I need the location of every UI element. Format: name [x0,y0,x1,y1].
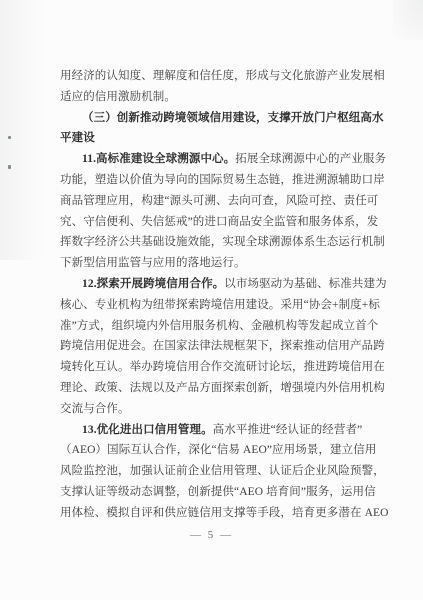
text-segment: 高水平推进“经认证的经营者” [213,424,363,436]
text-line: 风险监控池，加强认证前企业信用管理、认证后企业风险预警， [60,461,386,482]
bold-text-segment: （三）创新推动跨境领域信用建设，支撑开放门户枢纽高水 [82,112,384,124]
text-segment: 理论、政策、法规以及产品方面探索创新，增强境内外信用机构 [60,382,385,394]
text-line: 13.优化进出口信用管理。高水平推进“经认证的经营者” [60,420,386,441]
text-line: 功能，塑造以价值为导向的国际贸易生态链，推进溯源辅助口岸 [60,170,386,191]
text-line: 准”方式，组织境内外信用服务机构、金融机构等发起成立首个 [60,316,386,337]
text-segment: 跨境信用促进会。在国家法律法规框架下，探索推动信用产品跨 [60,340,385,352]
text-line: 理论、政策、法规以及产品方面探索创新，增强境内外信用机构 [60,378,386,399]
text-segment: 拓展全球溯源中心的产业服务 [235,153,386,165]
text-line: 11.高标准建设全球溯源中心。拓展全球溯源中心的产业服务 [60,149,386,170]
text-segment: 风险监控池，加强认证前企业信用管理、认证后企业风险预警， [60,465,385,477]
text-segment: 准”方式，组织境内外信用服务机构、金融机构等发起成立首个 [60,320,378,332]
text-line: 适应的信用激励机制。 [60,87,386,108]
text-segment: 用经济的认知度、理解度和信任度，形成与文化旅游产业发展相 [60,70,385,82]
text-segment: 究、守信便利、失信惩戒”的进口商品安全监管和服务体系，发 [60,216,378,228]
page-number: — 5 — [0,529,423,541]
scan-artifact-speck [8,136,11,139]
bold-text-segment: 11.高标准建设全球溯源中心。 [82,153,235,165]
text-line: 平建设 [60,128,386,149]
text-line: 交流与合作。 [60,399,386,420]
text-segment: 挥数字经济公共基础设施效能，实现全球溯源体系生态运行机制 [60,236,385,248]
text-line: 究、守信便利、失信惩戒”的进口商品安全监管和服务体系，发 [60,212,386,233]
text-segment: 用体检、模拟自评和供应链信用支撑等手段，培育更多潜在 AEO [60,507,389,519]
text-line: 跨境信用促进会。在国家法律法规框架下，探索推动信用产品跨 [60,336,386,357]
text-line: 核心、专业机构为纽带探索跨境信用建设。采用“协会+制度+标 [60,295,386,316]
text-line: 商品管理应用，构建“源头可溯、去向可查，风险可控、责任可 [60,191,386,212]
bold-text-segment: 13.优化进出口信用管理。 [82,424,213,436]
text-segment: 以市场驱动为基础、标准共建为 [224,278,386,290]
text-line: 支撑认证等级动态调整，创新提供“AEO 培育间”服务，运用信 [60,482,386,503]
text-line: 12.探索开展跨境信用合作。以市场驱动为基础、标准共建为 [60,274,386,295]
text-line: 境转化互认。举办跨境信用合作交流研讨论坛，推进跨境信用在 [60,357,386,378]
text-segment: （AEO）国际互认合作，深化“信易 AEO”应用场景，建立信用 [60,444,376,456]
text-line: （AEO）国际互认合作，深化“信易 AEO”应用场景，建立信用 [60,440,386,461]
bold-text-segment: 12.探索开展跨境信用合作。 [82,278,224,290]
text-segment: 适应的信用激励机制。 [60,91,176,103]
text-segment: 支撑认证等级动态调整，创新提供“AEO 培育间”服务，运用信 [60,486,376,498]
text-segment: 境转化互认。举办跨境信用合作交流研讨论坛，推进跨境信用在 [60,361,385,373]
text-segment: 核心、专业机构为纽带探索跨境信用建设。采用“协会+制度+标 [60,299,380,311]
text-line: 用体检、模拟自评和供应链信用支撑等手段，培育更多潜在 AEO [60,503,386,524]
text-segment: 功能，塑造以价值为导向的国际贸易生态链，推进溯源辅助口岸 [60,174,385,186]
text-line: 挥数字经济公共基础设施效能，实现全球溯源体系生态运行机制 [60,232,386,253]
scan-artifact-speck [8,165,11,169]
text-line: 下新型信用监管与应用的落地运行。 [60,253,386,274]
text-segment: 商品管理应用，构建“源头可溯、去向可查，风险可控、责任可 [60,195,378,207]
text-line: （三）创新推动跨境领域信用建设，支撑开放门户枢纽高水 [60,108,386,129]
text-line: 用经济的认知度、理解度和信任度，形成与文化旅游产业发展相 [60,66,386,87]
text-segment: 下新型信用监管与应用的落地运行。 [60,257,246,269]
document-text: 用经济的认知度、理解度和信任度，形成与文化旅游产业发展相适应的信用激励机制。（三… [60,66,386,524]
document-page: 用经济的认知度、理解度和信任度，形成与文化旅游产业发展相适应的信用激励机制。（三… [0,0,423,600]
text-segment: 交流与合作。 [60,403,130,415]
bold-text-segment: 平建设 [60,132,95,144]
